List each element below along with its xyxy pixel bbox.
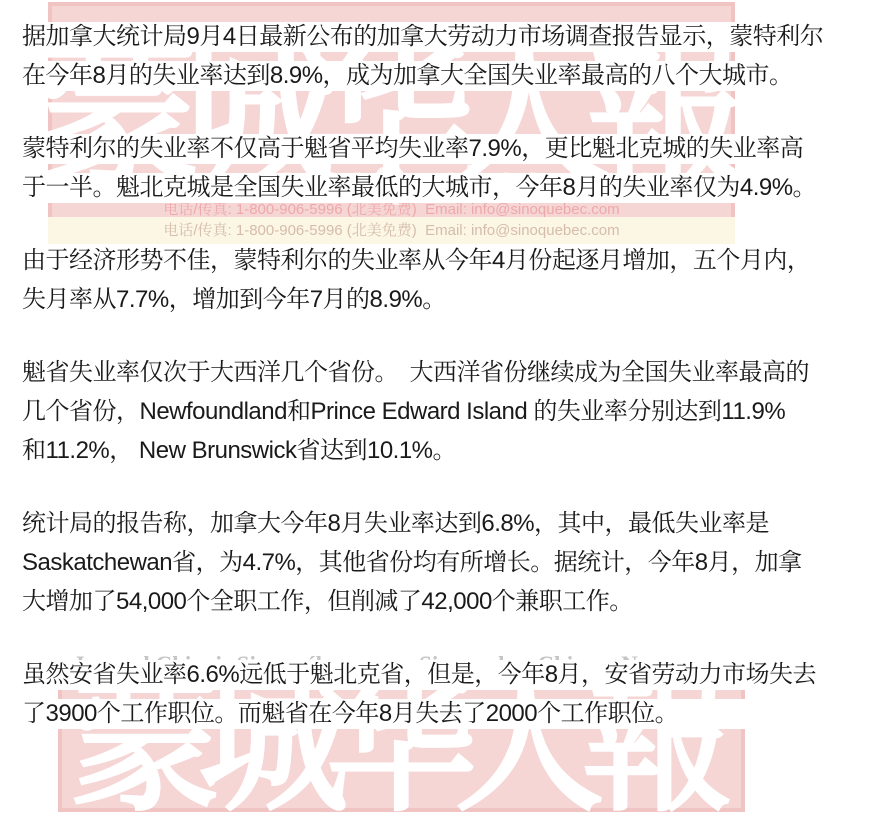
article-line: 失月率从7.7%，增加到今年7月的8.9%。 <box>0 285 876 315</box>
article-line: 统计局的报告称，加拿大今年8月失业率达到6.8%，其中，最低失业率是 <box>0 509 876 539</box>
article-paragraph: 由于经济形势不佳，蒙特利尔的失业率从今年4月份起逐月增加，五个月内，失月率从7.… <box>0 246 876 315</box>
article-line: 蒙特利尔的失业率不仅高于魁省平均失业率7.9%，更比魁北克城的失业率高 <box>0 134 876 164</box>
article-body: 据加拿大统计局9月4日最新公布的加拿大劳动力市场调查报告显示，蒙特利尔在今年8月… <box>0 0 876 738</box>
article-line: 在今年8月的失业率达到8.9%，成为加拿大全国失业率最高的八个大城市。 <box>0 61 876 91</box>
article-line: 由于经济形势不佳，蒙特利尔的失业率从今年4月份起逐月增加，五个月内， <box>0 246 876 276</box>
article-paragraph: 统计局的报告称，加拿大今年8月失业率达到6.8%，其中，最低失业率是Saskat… <box>0 509 876 617</box>
article-paragraph: 魁省失业率仅次于大西洋几个省份。 大西洋省份继续成为全国失业率最高的几个省份，N… <box>0 358 876 466</box>
article-line: 几个省份，Newfoundland和Prince Edward Island 的… <box>0 397 876 427</box>
article-line: 大增加了54,000个全职工作，但削减了42,000个兼职工作。 <box>0 587 876 617</box>
article-line: 虽然安省失业率6.6%远低于魁北克省，但是，今年8月，安省劳动力市场失去 <box>0 660 876 690</box>
newspaper-article-page: 蒙城华人報 www.sinoQuebec.com 电话/传真: 1-800-90… <box>0 0 876 818</box>
article-paragraph: 蒙特利尔的失业率不仅高于魁省平均失业率7.9%，更比魁北克城的失业率高于一半。魁… <box>0 134 876 203</box>
article-line: 于一半。魁北克城是全国失业率最低的大城市，今年8月的失业率仅为4.9%。 <box>0 173 876 203</box>
article-paragraph: 虽然安省失业率6.6%远低于魁北克省，但是，今年8月，安省劳动力市场失去了390… <box>0 660 876 729</box>
article-line: 了3900个工作职位。而魁省在今年8月失去了2000个工作职位。 <box>0 699 876 729</box>
article-line: 和11.2%， New Brunswick省达到10.1%。 <box>0 436 876 466</box>
article-line: Saskatchewan省，为4.7%，其他省份均有所增长。据统计，今年8月，加… <box>0 548 876 578</box>
article-line: 魁省失业率仅次于大西洋几个省份。 大西洋省份继续成为全国失业率最高的 <box>0 358 876 388</box>
article-line: 据加拿大统计局9月4日最新公布的加拿大劳动力市场调查报告显示，蒙特利尔 <box>0 22 876 52</box>
article-paragraph: 据加拿大统计局9月4日最新公布的加拿大劳动力市场调查报告显示，蒙特利尔在今年8月… <box>0 22 876 91</box>
